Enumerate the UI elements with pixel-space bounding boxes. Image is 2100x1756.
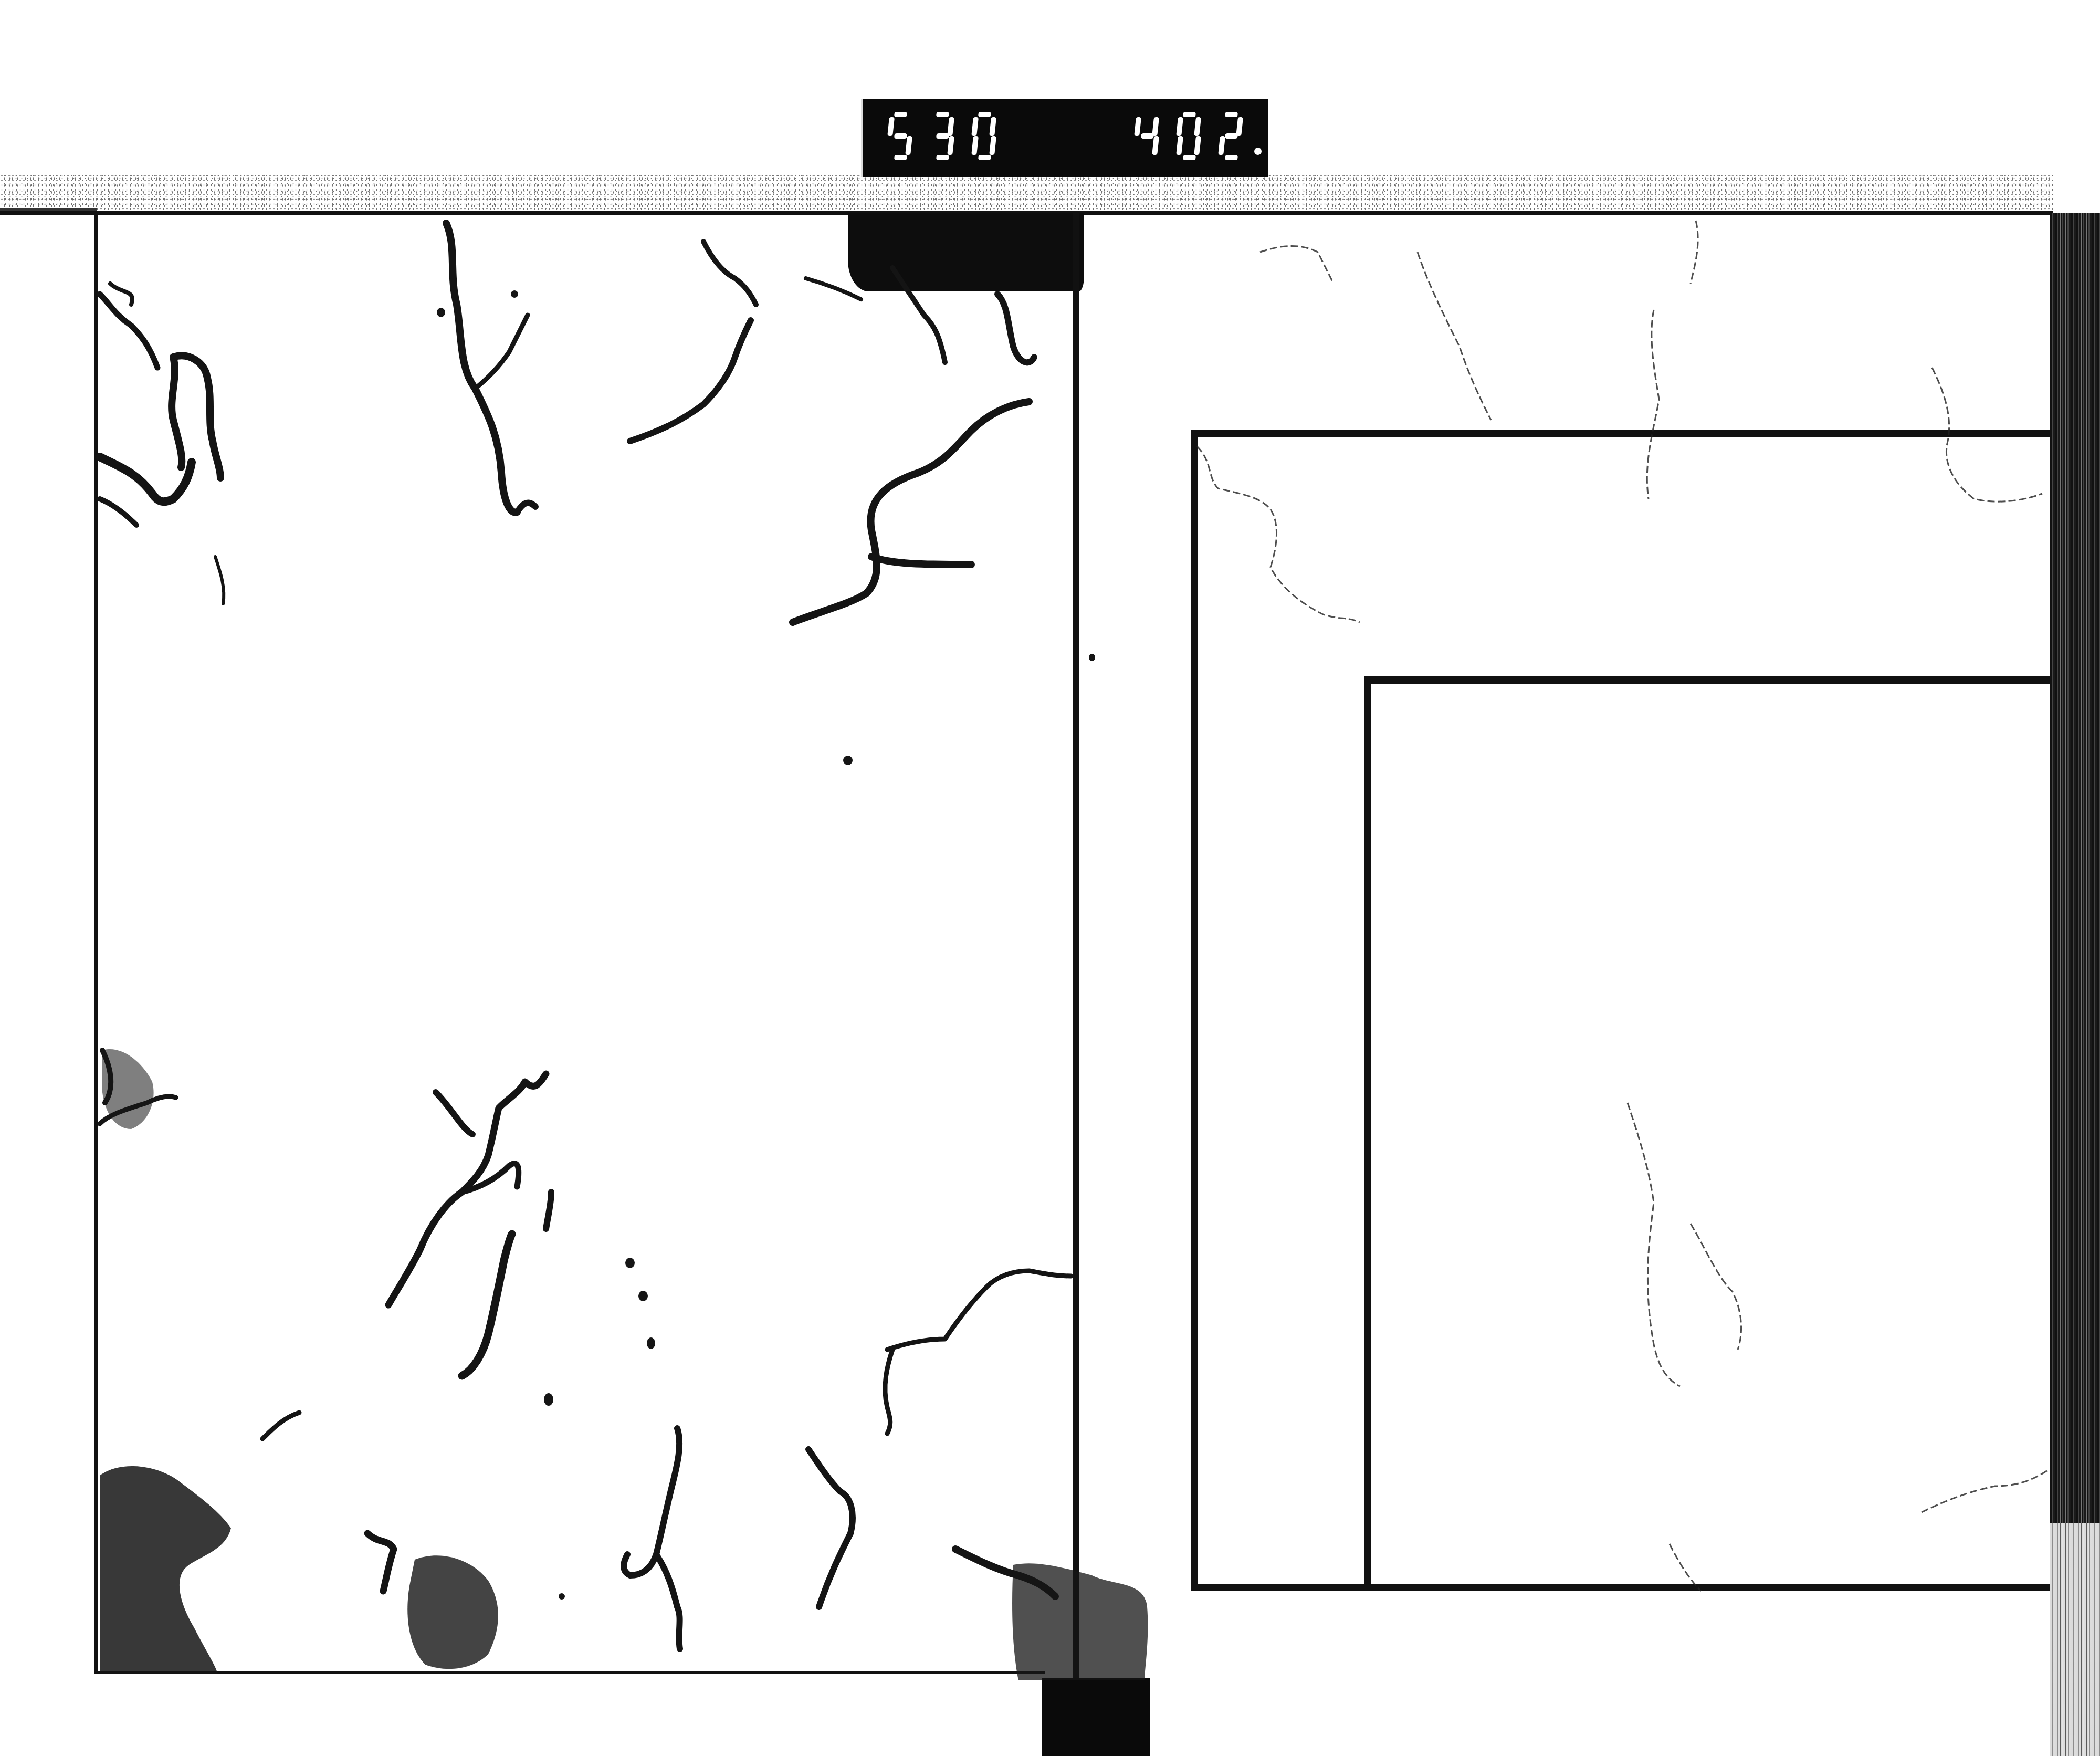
stain-mark bbox=[793, 402, 1029, 622]
stain-mark bbox=[997, 294, 1034, 362]
stain-mark bbox=[624, 1428, 680, 1649]
stain-mark bbox=[475, 315, 528, 389]
stain-mark bbox=[172, 356, 220, 478]
stain-mark bbox=[446, 223, 517, 513]
stain-mark bbox=[110, 284, 132, 305]
stain-marks bbox=[0, 0, 2100, 1756]
faint-stain-outline bbox=[1260, 246, 1333, 284]
stain-mark bbox=[517, 503, 535, 512]
faint-stain-outline bbox=[1690, 1224, 1741, 1350]
stain-dot bbox=[843, 756, 853, 765]
stain-mark bbox=[436, 1092, 472, 1134]
stain-dot bbox=[625, 1258, 635, 1268]
stain-mark bbox=[871, 557, 971, 565]
faint-stain-outline bbox=[1690, 221, 1698, 284]
stain-mark bbox=[100, 294, 157, 368]
stain-mark bbox=[462, 1234, 512, 1376]
faint-stain-outline bbox=[1921, 1470, 2047, 1512]
stain-mark bbox=[630, 320, 751, 441]
stain-dot bbox=[559, 1593, 565, 1600]
stain-mark bbox=[262, 1413, 299, 1439]
faint-stain-outline bbox=[1627, 1103, 1680, 1386]
stain-blotch bbox=[1012, 1563, 1148, 1680]
stain-mark bbox=[806, 278, 861, 299]
stain-dot bbox=[647, 1337, 655, 1349]
stain-mark bbox=[885, 1350, 892, 1434]
stain-dot bbox=[1089, 654, 1095, 661]
stain-mark bbox=[703, 242, 756, 305]
stain-mark bbox=[100, 457, 192, 501]
stain-mark bbox=[892, 268, 945, 362]
stain-mark bbox=[215, 557, 224, 604]
faint-stain-outline bbox=[1647, 310, 1659, 499]
stain-mark bbox=[546, 1192, 551, 1229]
stain-blotch bbox=[407, 1555, 498, 1669]
faint-stain-outline bbox=[1417, 252, 1491, 420]
stain-dot bbox=[511, 290, 518, 298]
stain-mark bbox=[100, 499, 136, 525]
stain-mark bbox=[462, 1164, 519, 1192]
stain-mark bbox=[367, 1533, 394, 1591]
faint-stain-outline bbox=[1669, 1544, 1701, 1591]
stain-blotch bbox=[100, 1466, 231, 1674]
stain-dot bbox=[638, 1291, 648, 1301]
stain-dot bbox=[544, 1393, 553, 1406]
faint-stain-outline bbox=[1197, 446, 1360, 622]
stain-mark bbox=[808, 1449, 853, 1607]
stain-mark bbox=[887, 1271, 1071, 1350]
faint-stain-outline bbox=[1932, 368, 2042, 501]
stain-dot bbox=[437, 308, 445, 317]
